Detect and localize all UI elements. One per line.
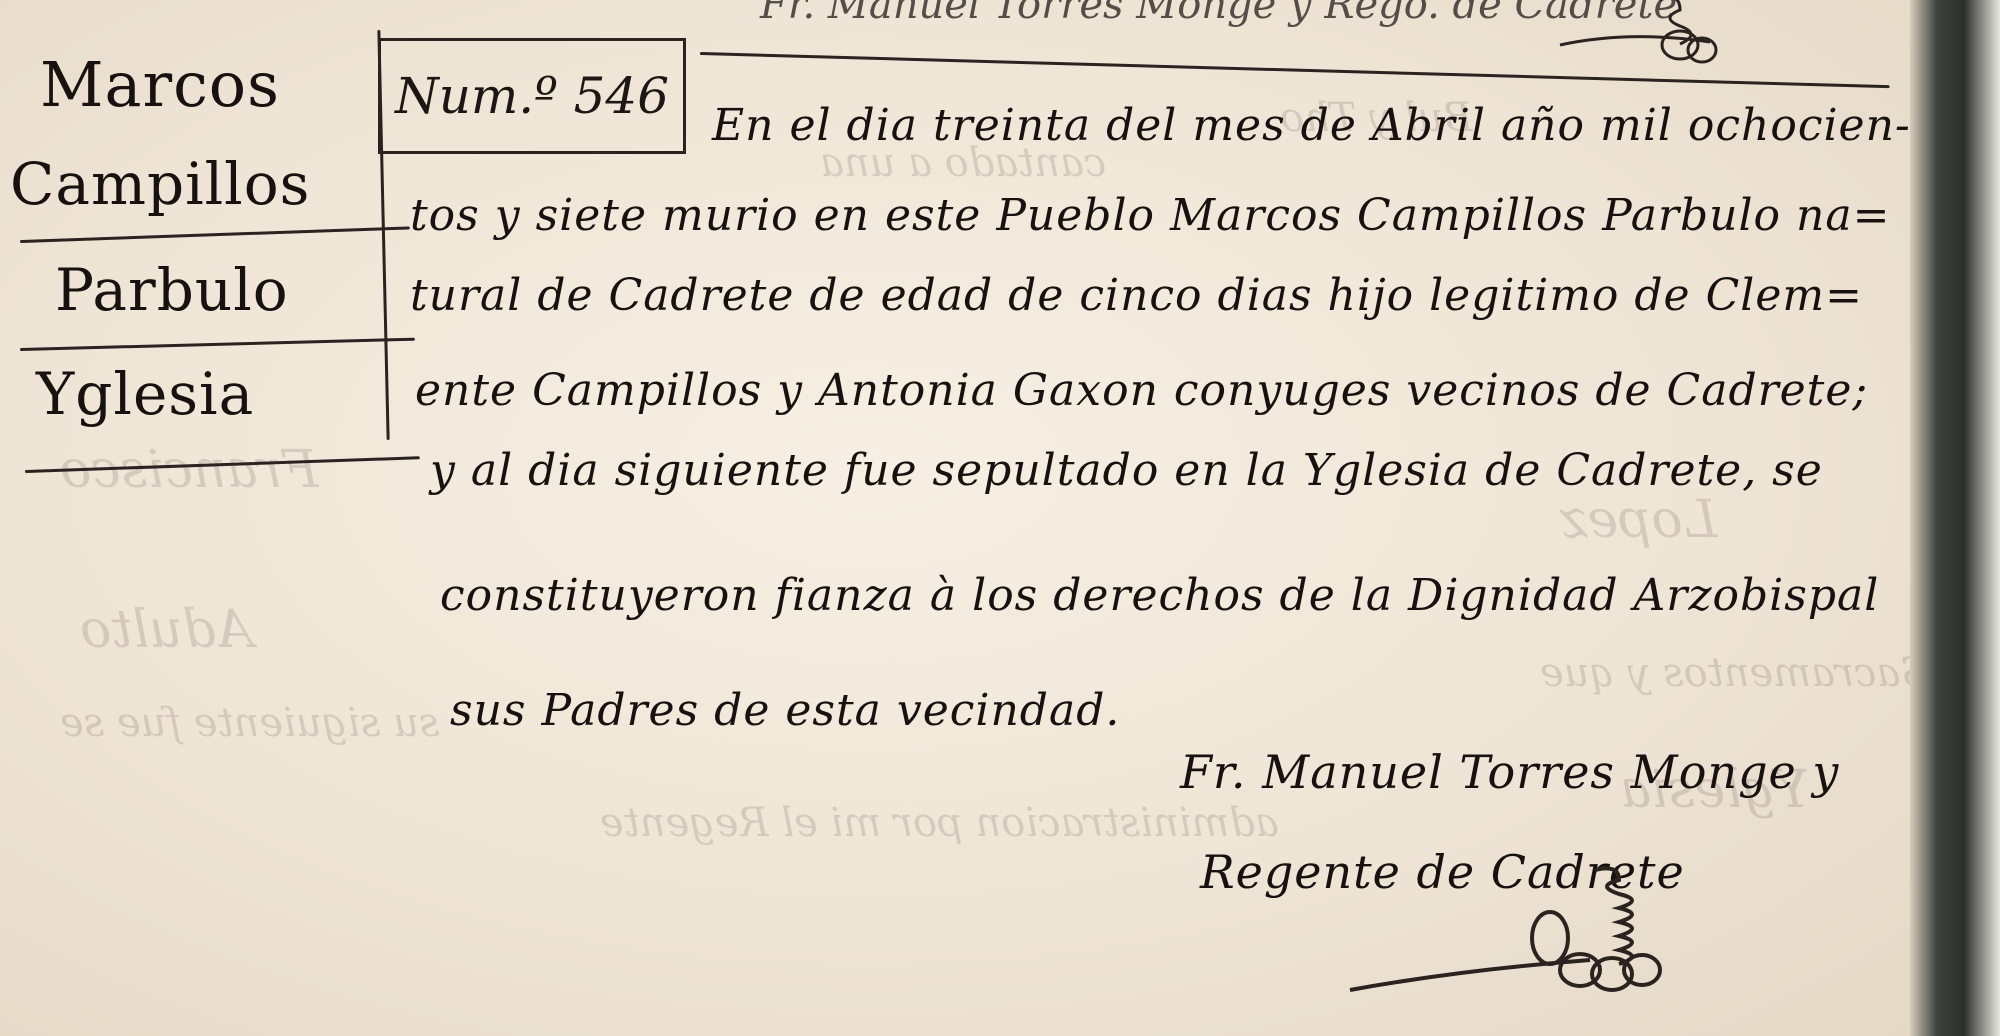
entry-number: Num.º 546 (395, 67, 669, 125)
rubric-flourish-icon (1540, 0, 1740, 80)
body-line: y al dia siguiente fue sepultado en la Y… (430, 445, 1823, 496)
margin-rule (20, 226, 410, 243)
bleed-through-text: administracion por mi el Regente (600, 800, 1279, 846)
manuscript-page: Bul y Tho cantado a una Francisco Lopez … (0, 0, 1935, 1036)
bleed-through-text: Sacramentos y que (1540, 650, 1928, 696)
book-binding-edge (1910, 0, 2000, 1036)
body-line: constituyeron fianza à los derechos de l… (440, 570, 1879, 621)
margin-given-name: Marcos (40, 48, 280, 121)
signature-rubric-icon (1340, 850, 1760, 1030)
body-line: tural de Cadrete de edad de cinco dias h… (410, 270, 1863, 321)
margin-rule (20, 338, 415, 351)
margin-category: Parbulo (55, 256, 289, 324)
entry-number-box: Num.º 546 (378, 38, 686, 154)
body-line: sus Padres de esta vecindad. (450, 685, 1120, 736)
body-line: tos y siete murio en este Pueblo Marcos … (410, 190, 1890, 241)
signature-name: Fr. Manuel Torres Monge y (1180, 745, 1839, 799)
bleed-through-text: su siguiente fue se (60, 700, 440, 746)
body-line: En el dia treinta del mes de Abril año m… (712, 100, 1911, 151)
margin-surname: Campillos (10, 150, 310, 218)
body-line: ente Campillos y Antonia Gaxon conyuges … (415, 365, 1868, 416)
bleed-through-text: Lopez (1560, 490, 1717, 550)
margin-burial-place: Yglesia (36, 360, 254, 428)
bleed-through-text: Adulto (80, 600, 253, 660)
